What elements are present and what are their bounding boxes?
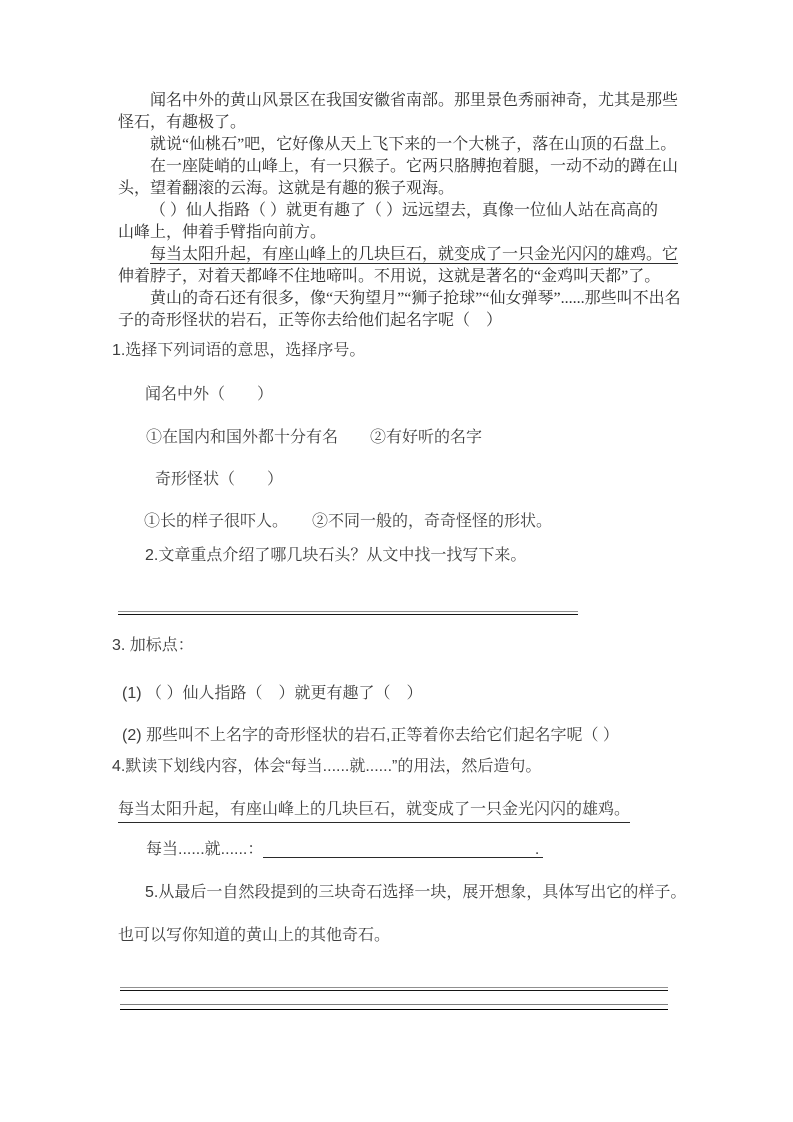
passage-line: 头，望着翻滚的云海。这就是有趣的猴子观海。 [118, 178, 684, 200]
answer-line [120, 987, 668, 991]
passage-line-underlined: 每当太阳升起，有座山峰上的几块巨石，就变成了一只金光闪闪的雄鸡。它 [118, 244, 684, 266]
passage-line: （ ）仙人指路（ ）就更有趣了（ ）远远望去，真像一位仙人站在高高的 [118, 200, 684, 222]
q1-options-2: ①长的样子很吓人。 ②不同一般的，奇奇怪怪的形状。 [144, 512, 552, 532]
question-4: 4.默读下划线内容，体会“每当......就......”的用法，然后造句。 [112, 757, 541, 777]
underlined-sentence-text: 每当太阳升起，有座山峰上的几块巨石，就变成了一只金光闪闪的雄鸡。 [118, 800, 630, 823]
worksheet-page: 闻名中外的黄山风景区在我国安徽省南部。那里景色秀丽神奇，尤其是那些 怪石，有趣极… [0, 0, 793, 1122]
q4-pattern-row: 每当......就......：. [146, 840, 543, 860]
q4-blank-period: . [535, 841, 539, 858]
passage-line: 伸着脖子，对着天都峰不住地啼叫。不用说，这就是著名的“金鸡叫天都”了。 [118, 266, 684, 288]
passage-line: 子的奇形怪状的岩石，正等你去给他们起名字呢（ ） [118, 310, 684, 332]
passage-line: 黄山的奇石还有很多，像“天狗望月”“狮子抢球”“仙女弹琴”......那些叫不出… [118, 288, 684, 310]
q3-item-1: (1) （ ）仙人指路（ ）就更有趣了（ ） [122, 684, 422, 704]
passage-line: 就说“仙桃石”吧，它好像从天上飞下来的一个大桃子，落在山顶的石盘上。 [118, 134, 684, 156]
q1-options-1: ①在国内和国外都十分有名 ②有好听的名字 [146, 428, 482, 448]
q1-word-1: 闻名中外（ ） [145, 385, 273, 405]
passage-line: 在一座陡峭的山峰上，有一只猴子。它两只胳膊抱着腿，一动不动的蹲在山 [118, 156, 684, 178]
passage-line: 怪石，有趣极了。 [118, 112, 684, 134]
q4-underlined-sentence: 每当太阳升起，有座山峰上的几块巨石，就变成了一只金光闪闪的雄鸡。 [118, 800, 630, 823]
passage-line: 山峰上，伸着手臂指向前方。 [118, 222, 684, 244]
reading-passage: 闻名中外的黄山风景区在我国安徽省南部。那里景色秀丽神奇，尤其是那些 怪石，有趣极… [118, 90, 684, 332]
question-5-line-1: 5.从最后一自然段提到的三块奇石选择一块，展开想象，具体写出它的样子。 [145, 883, 686, 903]
answer-line [118, 611, 578, 615]
q4-answer-blank: . [263, 840, 543, 858]
passage-line: 闻名中外的黄山风景区在我国安徽省南部。那里景色秀丽神奇，尤其是那些 [118, 90, 684, 112]
question-3: 3. 加标点： [112, 636, 194, 656]
q3-item-2: (2) 那些叫不上名字的奇形怪状的岩石,正等着你去给它们起名字呢（ ） [122, 726, 619, 746]
question-1: 1.选择下列词语的意思，选择序号。 [112, 341, 365, 361]
q4-pattern-label: 每当......就......： [146, 841, 263, 858]
answer-line-double [120, 1004, 668, 1010]
question-2: 2.文章重点介绍了哪几块石头？从文中找一找写下来。 [145, 546, 526, 566]
q1-word-2: 奇形怪状（ ） [155, 470, 283, 490]
question-5-line-2: 也可以写你知道的黄山上的其他奇石。 [118, 926, 390, 946]
